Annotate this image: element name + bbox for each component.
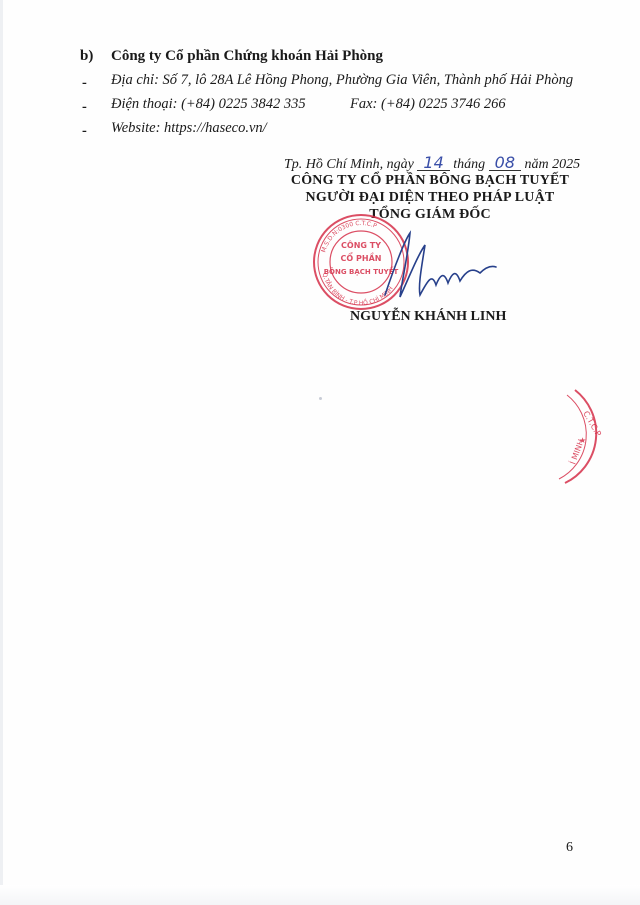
address-text: Địa chỉ: Số 7, lô 28A Lê Hồng Phong, Phư… bbox=[111, 72, 573, 89]
month-label: tháng bbox=[453, 157, 485, 172]
scan-speck bbox=[319, 397, 322, 400]
document-page: b) Công ty Cổ phần Chứng khoán Hải Phòng… bbox=[0, 0, 640, 905]
svg-text:C.T.C.P: C.T.C.P bbox=[581, 410, 603, 439]
fax-text: Fax: (+84) 0225 3746 266 bbox=[350, 96, 506, 113]
bullet-dash: - bbox=[82, 99, 87, 116]
date-month: 08 bbox=[489, 156, 521, 171]
signer-name: NGUYỄN KHÁNH LINH bbox=[350, 309, 506, 325]
stamp-line1: CÔNG TY bbox=[341, 239, 381, 250]
representative-role: NGƯỜI ĐẠI DIỆN THEO PHÁP LUẬT bbox=[270, 190, 590, 206]
year-label: năm 2025 bbox=[525, 157, 581, 172]
phone-text: Điện thoại: (+84) 0225 3842 335 bbox=[111, 96, 306, 113]
stamp-line2: CỔ PHẦN bbox=[341, 251, 382, 263]
svg-text:★: ★ bbox=[579, 436, 586, 445]
date-prefix: Tp. Hồ Chí Minh, ngày bbox=[284, 157, 414, 172]
bullet-dash: - bbox=[82, 123, 87, 140]
date-line: Tp. Hồ Chí Minh, ngày 14 tháng 08 năm 20… bbox=[284, 156, 580, 173]
section-title: Công ty Cổ phần Chứng khoán Hải Phòng bbox=[111, 48, 383, 65]
signature-icon bbox=[380, 225, 500, 305]
partial-stamp-icon: C.T.C.P Í MINH ★ bbox=[545, 385, 640, 485]
page-number: 6 bbox=[566, 840, 573, 856]
company-name: CÔNG TY CỔ PHẦN BÔNG BẠCH TUYẾT bbox=[270, 173, 590, 189]
website-text: Website: https://haseco.vn/ bbox=[111, 120, 267, 137]
scan-bottom-edge bbox=[0, 885, 640, 905]
section-marker: b) bbox=[80, 48, 93, 65]
scan-edge bbox=[0, 0, 3, 905]
date-day: 14 bbox=[417, 156, 449, 171]
bullet-dash: - bbox=[82, 75, 87, 92]
